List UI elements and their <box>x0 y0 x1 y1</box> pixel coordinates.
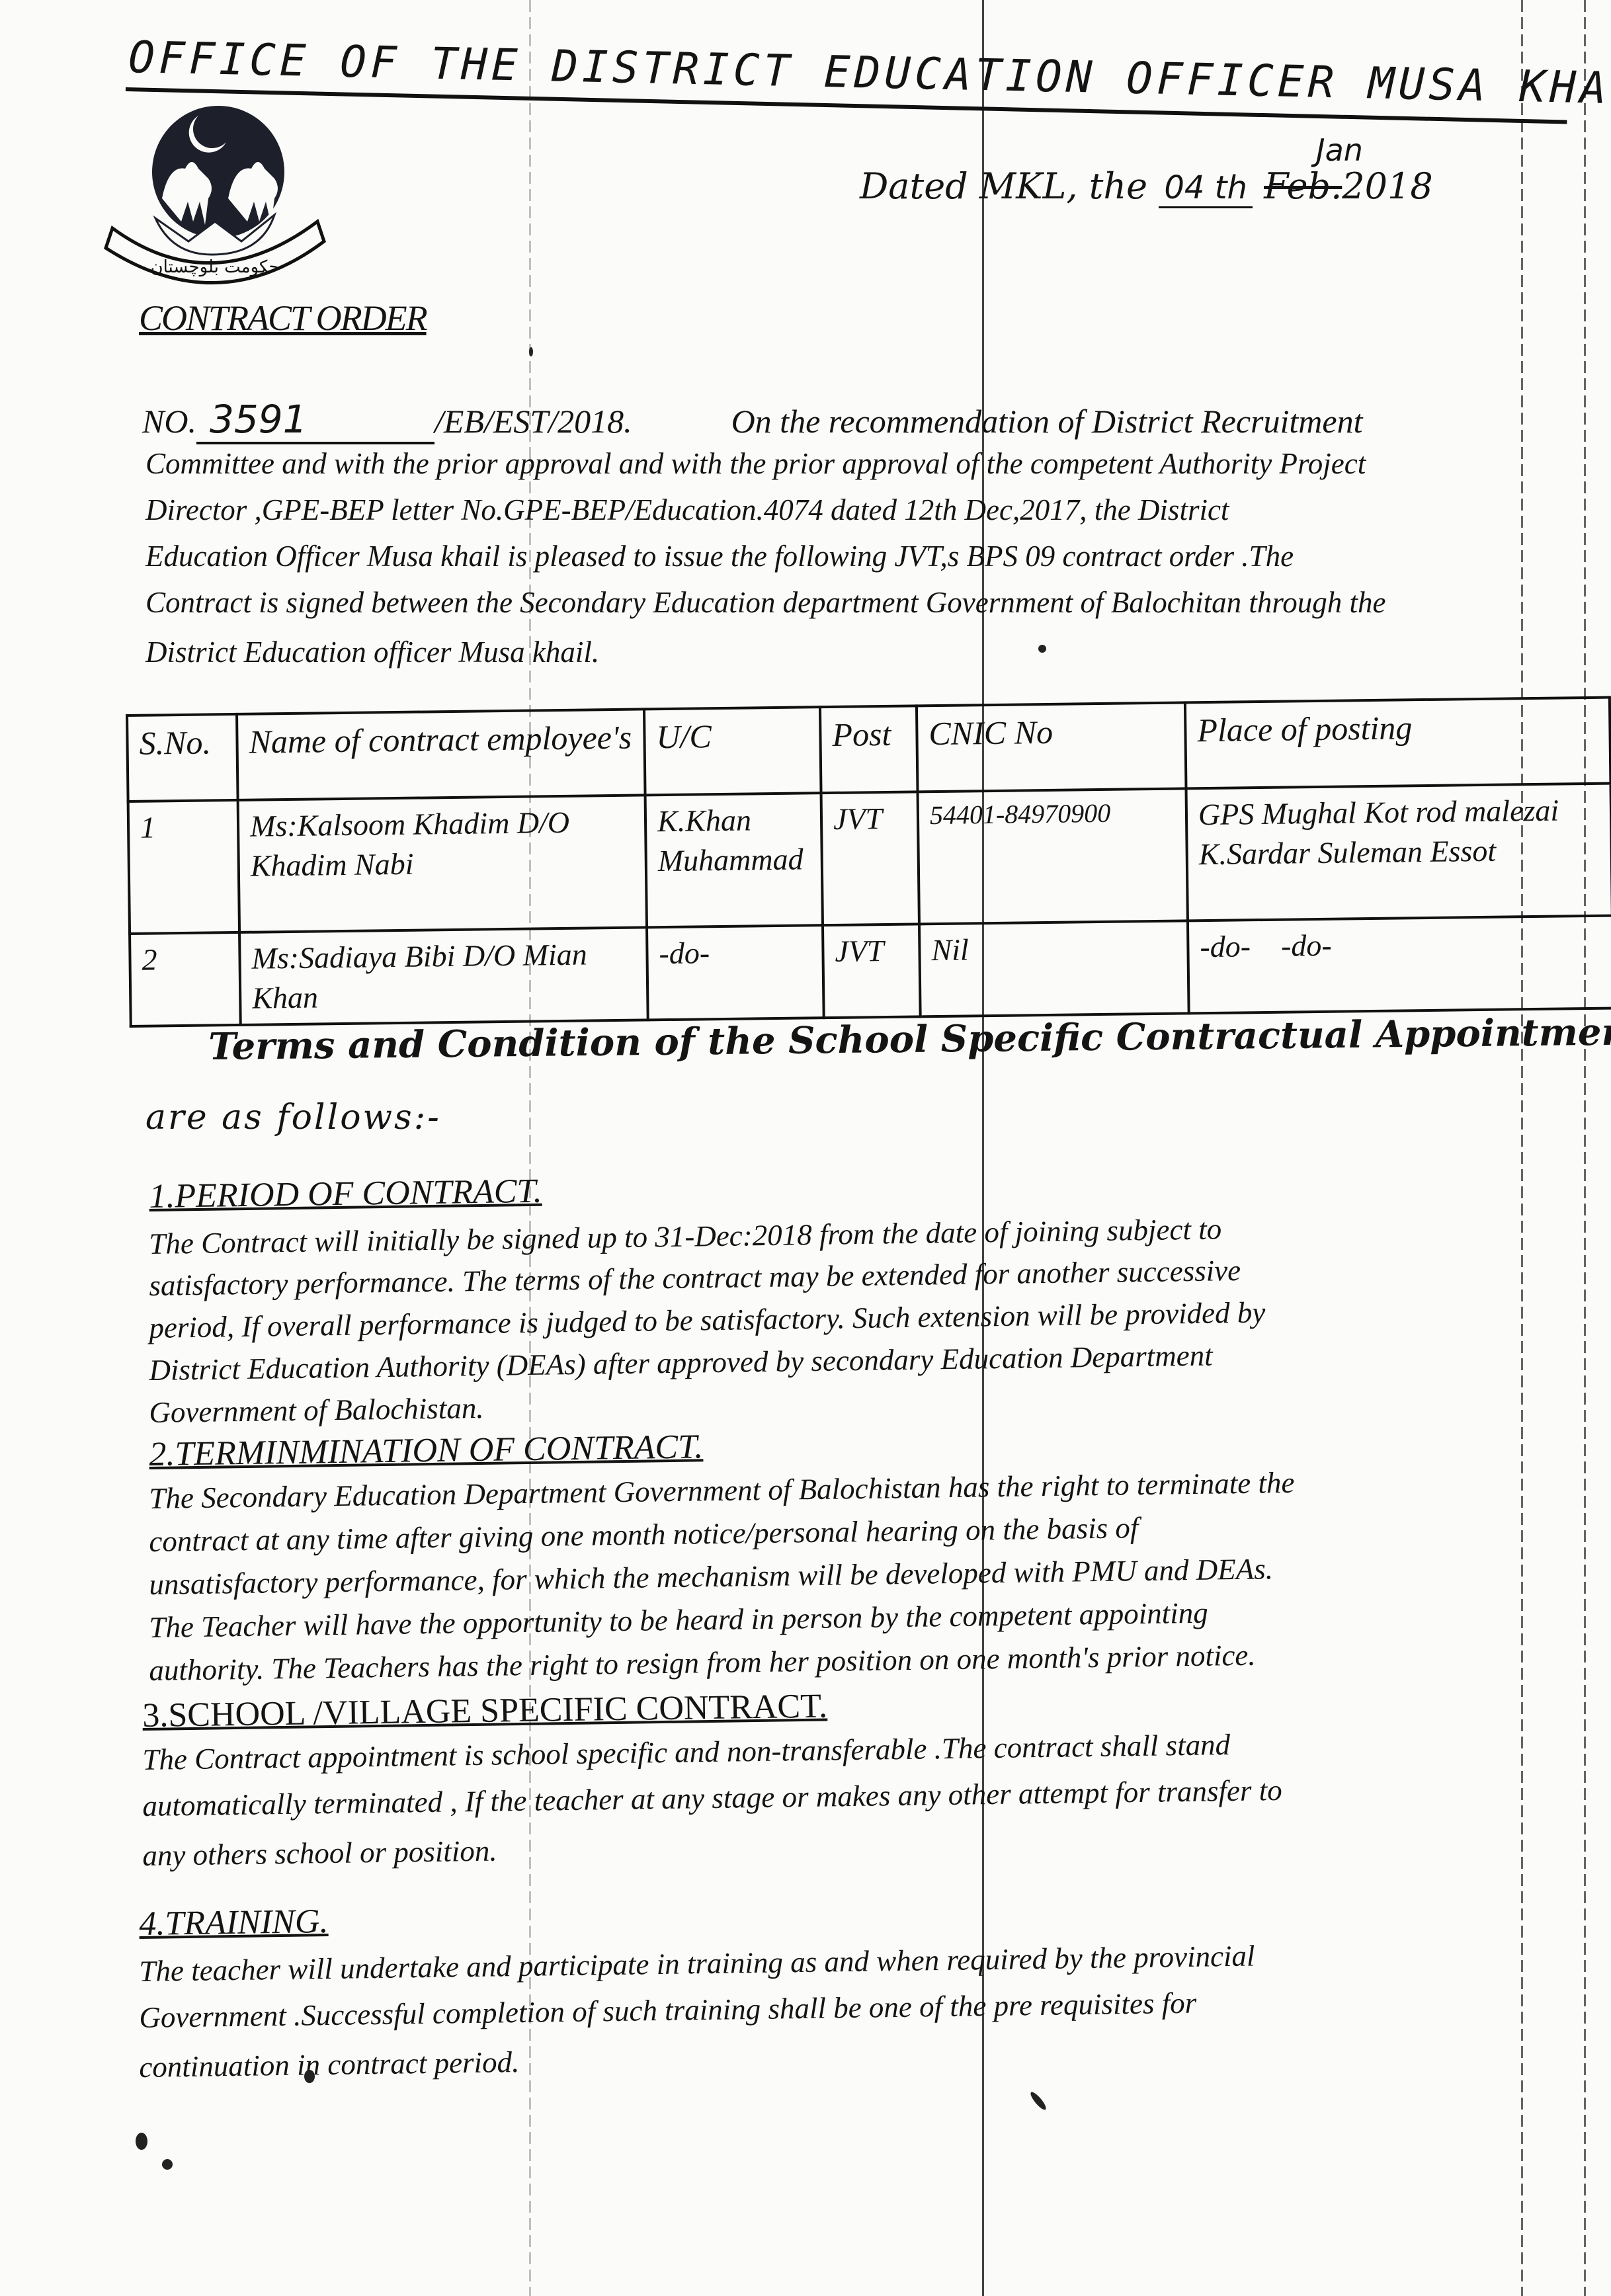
order-no-value: 3591 <box>196 397 434 444</box>
date-prefix: Dated MKL, the <box>860 165 1147 207</box>
scan-speck <box>136 2133 147 2150</box>
table-row: 2 Ms:Sadiaya Bibi D/O Mian Khan -do- JVT… <box>130 916 1611 1026</box>
cell-name: Ms:Kalsoom Khadim D/O Khadim Nabi <box>238 795 647 932</box>
intro-line-2: Director ,GPE-BEP letter No.GPE-BEP/Educ… <box>145 493 1229 527</box>
emblem-icon: حکومت بلوچستان <box>99 99 331 298</box>
section-1-line: satisfactory performance. The terms of t… <box>149 1253 1241 1303</box>
section-2-line: The Teacher will have the opportunity to… <box>149 1596 1208 1645</box>
section-1-line: Government of Balochistan. <box>149 1391 484 1430</box>
intro-line-5: District Education officer Musa khail. <box>145 635 599 669</box>
section-1-title: 1.PERIOD OF CONTRACT. <box>149 1172 542 1216</box>
section-3-line: automatically terminated , If the teache… <box>142 1773 1282 1823</box>
terms-subheading: are as follows:- <box>145 1098 441 1137</box>
section-2-line: authority. The Teachers has the right to… <box>149 1638 1256 1688</box>
scan-speck <box>529 347 533 356</box>
section-3-line: The Contract appointment is school speci… <box>142 1727 1230 1777</box>
balochistan-emblem-logo: حکومت بلوچستان <box>99 99 331 298</box>
cell-cnic: Nil <box>919 921 1189 1016</box>
intro-line-4: Contract is signed between the Secondary… <box>145 585 1386 620</box>
section-1-line: period, If overall performance is judged… <box>149 1295 1266 1345</box>
cell-cnic: 54401-84970900 <box>918 788 1188 924</box>
contract-employees-table: S.No. Name of contract employee's U/C Po… <box>126 696 1611 1028</box>
scan-artifact-line <box>1521 0 1523 2296</box>
scan-speck <box>1038 645 1046 653</box>
date-month-correction: Jan <box>1316 132 1363 168</box>
col-uc: U/C <box>644 707 821 795</box>
cell-post: JVT <box>821 792 919 925</box>
section-4-line: The teacher will undertake and participa… <box>139 1938 1255 1988</box>
col-name: Name of contract employee's <box>237 709 645 800</box>
cell-uc: -do- <box>647 925 824 1020</box>
intro-line-0: On the recommendation of District Recrui… <box>731 403 1363 440</box>
col-cnic: CNIC No <box>917 702 1186 792</box>
section-2-line: contract at any time after giving one mo… <box>149 1510 1139 1559</box>
col-post: Post <box>820 706 918 793</box>
intro-line-3: Education Officer Musa khail is pleased … <box>145 539 1294 573</box>
section-2-line: unsatisfactory performance, for which th… <box>149 1551 1273 1602</box>
date-day: 04 th <box>1159 169 1253 208</box>
date-line: Dated MKL, the 04 th Feb.2018 <box>860 165 1433 207</box>
order-no-suffix: /EB/EST/2018. <box>434 403 632 440</box>
date-month-struck: Feb. <box>1264 165 1342 207</box>
section-2-title: 2.TERMINMINATION OF CONTRACT. <box>149 1427 704 1474</box>
cell-name: Ms:Sadiaya Bibi D/O Mian Khan <box>239 927 648 1024</box>
cell-posting: -do- -do- <box>1188 916 1611 1013</box>
scan-speck <box>162 2159 173 2170</box>
cell-sno: 1 <box>128 800 239 934</box>
cell-posting: GPS Mughal Kot rod malezai K.Sardar Sule… <box>1186 784 1611 921</box>
scan-speck <box>304 2070 315 2083</box>
section-3-line: any others school or position. <box>142 1834 497 1873</box>
section-4-line: Government .Successful completion of suc… <box>139 1986 1197 2035</box>
section-4-title: 4.TRAINING. <box>139 1902 329 1944</box>
scan-speck <box>1028 2090 1048 2111</box>
cell-sno: 2 <box>130 932 241 1026</box>
cell-post: JVT <box>823 924 921 1017</box>
cell-uc: K.Khan Muhammad <box>645 793 823 927</box>
table-row: 1 Ms:Kalsoom Khadim D/O Khadim Nabi K.Kh… <box>128 784 1611 934</box>
svg-text:حکومت بلوچستان: حکومت بلوچستان <box>151 257 280 277</box>
contract-order-title: CONTRACT ORDER <box>139 298 427 339</box>
intro-line-1: Committee and with the prior approval an… <box>145 446 1366 481</box>
order-number-line: NO.3591/EB/EST/2018.On the recommendatio… <box>142 397 1363 444</box>
section-1-line: District Education Authority (DEAs) afte… <box>149 1338 1213 1387</box>
col-sno: S.No. <box>127 714 238 801</box>
col-posting: Place of posting <box>1185 698 1611 789</box>
office-title: OFFICE OF THE DISTRICT EDUCATION OFFICER… <box>128 32 1611 115</box>
scan-artifact-line <box>1584 0 1586 2296</box>
section-1-line: The Contract will initially be signed up… <box>149 1211 1221 1261</box>
order-no-label: NO. <box>142 403 196 440</box>
date-year: 2018 <box>1342 165 1432 207</box>
section-3-title: 3.SCHOOL /VILLAGE SPECIFIC CONTRACT. <box>142 1687 827 1735</box>
section-2-line: The Secondary Education Department Gover… <box>149 1465 1295 1516</box>
section-4-line: continuation in contract period. <box>139 2045 520 2084</box>
